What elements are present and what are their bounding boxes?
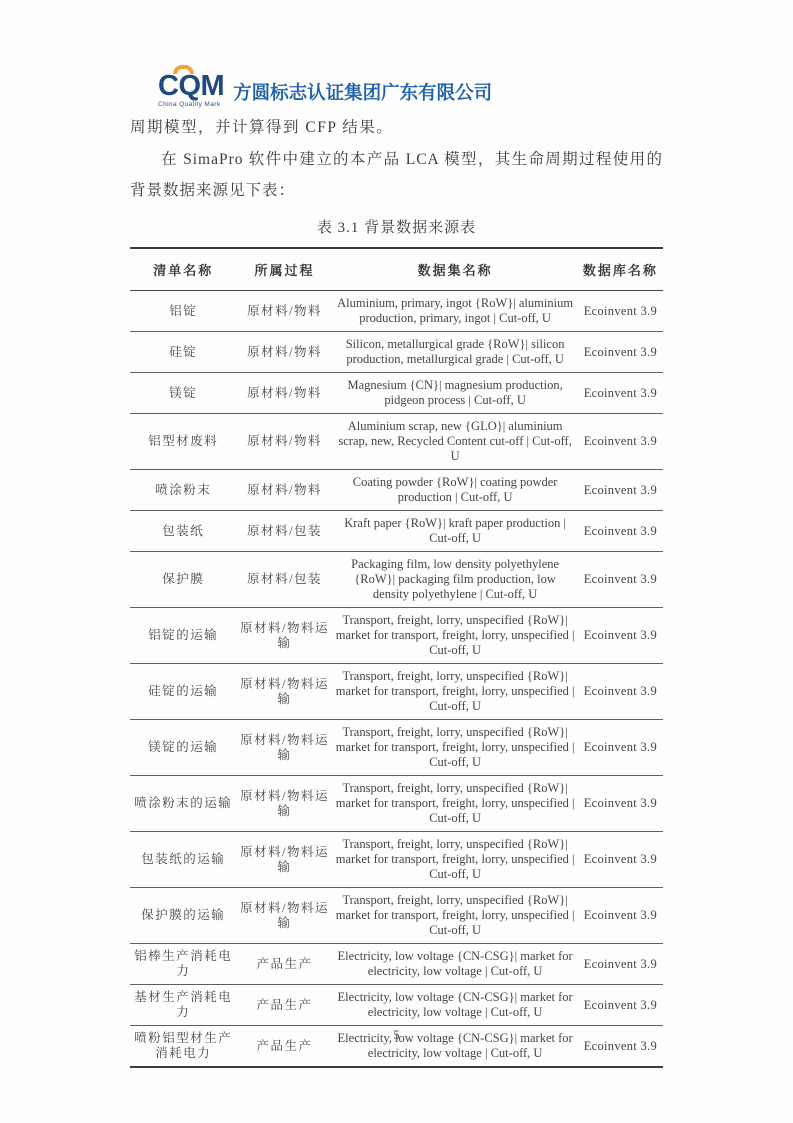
table-cell: 喷涂粉末	[130, 470, 237, 511]
logo-tagline: China Quality Mark	[158, 101, 224, 108]
table-cell: 原材料/物料运输	[237, 664, 333, 720]
table-cell: 硅锭	[130, 332, 237, 373]
table-body: 铝锭原材料/物料Aluminium, primary, ingot {RoW}|…	[130, 291, 663, 1068]
table-cell: Ecoinvent 3.9	[578, 470, 663, 511]
table-cell: Magnesium {CN}| magnesium production, pi…	[333, 373, 578, 414]
table-row: 喷涂粉末的运输原材料/物料运输Transport, freight, lorry…	[130, 776, 663, 832]
logo-arc-icon	[173, 65, 194, 74]
table-cell: Ecoinvent 3.9	[578, 832, 663, 888]
table-cell: Ecoinvent 3.9	[578, 373, 663, 414]
table-cell: Ecoinvent 3.9	[578, 552, 663, 608]
table-row: 铝棒生产消耗电力产品生产Electricity, low voltage {CN…	[130, 944, 663, 985]
table-cell: Ecoinvent 3.9	[578, 944, 663, 985]
table-cell: Packaging film, low density polyethylene…	[333, 552, 578, 608]
table-cell: Ecoinvent 3.9	[578, 720, 663, 776]
table-cell: Transport, freight, lorry, unspecified {…	[333, 832, 578, 888]
table-cell: Transport, freight, lorry, unspecified {…	[333, 888, 578, 944]
table-cell: 铝锭的运输	[130, 608, 237, 664]
table-row: 镁锭的运输原材料/物料运输Transport, freight, lorry, …	[130, 720, 663, 776]
table-caption: 表 3.1 背景数据来源表	[130, 216, 663, 237]
table-cell: 喷涂粉末的运输	[130, 776, 237, 832]
table-cell: Electricity, low voltage {CN-CSG}| marke…	[333, 985, 578, 1026]
table-cell: Aluminium scrap, new {GLO}| aluminium sc…	[333, 414, 578, 470]
table-row: 保护膜的运输原材料/物料运输Transport, freight, lorry,…	[130, 888, 663, 944]
table-cell: Aluminium, primary, ingot {RoW}| alumini…	[333, 291, 578, 332]
column-header: 数据集名称	[333, 248, 578, 291]
table-row: 硅锭原材料/物料Silicon, metallurgical grade {Ro…	[130, 332, 663, 373]
table-cell: 原材料/包装	[237, 511, 333, 552]
table-cell: Ecoinvent 3.9	[578, 608, 663, 664]
table-cell: 原材料/物料	[237, 373, 333, 414]
table-cell: 包装纸	[130, 511, 237, 552]
page-content: 周期模型，并计算得到 CFP 结果。 在 SimaPro 软件中建立的本产品 L…	[130, 112, 663, 1068]
table-cell: Coating powder {RoW}| coating powder pro…	[333, 470, 578, 511]
table-row: 喷涂粉末原材料/物料Coating powder {RoW}| coating …	[130, 470, 663, 511]
table-cell: 基材生产消耗电力	[130, 985, 237, 1026]
table-cell: 原材料/物料	[237, 332, 333, 373]
page-number: 5	[0, 1028, 793, 1043]
table-row: 基材生产消耗电力产品生产Electricity, low voltage {CN…	[130, 985, 663, 1026]
background-data-source-table: 清单名称所属过程数据集名称数据库名称 铝锭原材料/物料Aluminium, pr…	[130, 247, 663, 1068]
table-cell: 原材料/物料	[237, 291, 333, 332]
table-cell: Ecoinvent 3.9	[578, 664, 663, 720]
table-cell: 原材料/物料运输	[237, 608, 333, 664]
table-cell: Transport, freight, lorry, unspecified {…	[333, 608, 578, 664]
table-cell: 原材料/物料	[237, 414, 333, 470]
table-cell: 原材料/物料运输	[237, 776, 333, 832]
table-cell: Silicon, metallurgical grade {RoW}| sili…	[333, 332, 578, 373]
table-cell: 原材料/包装	[237, 552, 333, 608]
table-cell: 原材料/物料	[237, 470, 333, 511]
table-cell: 产品生产	[237, 944, 333, 985]
table-cell: Ecoinvent 3.9	[578, 511, 663, 552]
table-cell: Ecoinvent 3.9	[578, 414, 663, 470]
table-cell: 铝型材废料	[130, 414, 237, 470]
table-cell: Ecoinvent 3.9	[578, 291, 663, 332]
table-row: 包装纸的运输原材料/物料运输Transport, freight, lorry,…	[130, 832, 663, 888]
table-cell: 镁锭的运输	[130, 720, 237, 776]
table-row: 镁锭原材料/物料Magnesium {CN}| magnesium produc…	[130, 373, 663, 414]
table-cell: 原材料/物料运输	[237, 832, 333, 888]
table-cell: Transport, freight, lorry, unspecified {…	[333, 720, 578, 776]
table-cell: 铝锭	[130, 291, 237, 332]
table-cell: 保护膜的运输	[130, 888, 237, 944]
paragraph-continuation: 周期模型，并计算得到 CFP 结果。	[130, 112, 663, 143]
table-cell: Ecoinvent 3.9	[578, 332, 663, 373]
table-cell: 硅锭的运输	[130, 664, 237, 720]
logo-acronym: CQM	[158, 73, 224, 100]
table-row: 硅锭的运输原材料/物料运输Transport, freight, lorry, …	[130, 664, 663, 720]
table-cell: Ecoinvent 3.9	[578, 985, 663, 1026]
table-row: 铝型材废料原材料/物料Aluminium scrap, new {GLO}| a…	[130, 414, 663, 470]
logo-company-name: 方圆标志认证集团广东有限公司	[233, 79, 492, 105]
table-cell: 产品生产	[237, 985, 333, 1026]
table-row: 保护膜原材料/包装Packaging film, low density pol…	[130, 552, 663, 608]
table-cell: Kraft paper {RoW}| kraft paper productio…	[333, 511, 578, 552]
table-row: 包装纸原材料/包装Kraft paper {RoW}| kraft paper …	[130, 511, 663, 552]
cqm-logo-mark: CQM China Quality Mark	[158, 66, 224, 108]
table-cell: Transport, freight, lorry, unspecified {…	[333, 776, 578, 832]
table-cell: Electricity, low voltage {CN-CSG}| marke…	[333, 944, 578, 985]
table-cell: Ecoinvent 3.9	[578, 888, 663, 944]
table-cell: 保护膜	[130, 552, 237, 608]
column-header: 数据库名称	[578, 248, 663, 291]
table-cell: 铝棒生产消耗电力	[130, 944, 237, 985]
table-cell: 原材料/物料运输	[237, 888, 333, 944]
table-cell: 镁锭	[130, 373, 237, 414]
table-cell: Ecoinvent 3.9	[578, 776, 663, 832]
table-cell: 包装纸的运输	[130, 832, 237, 888]
document-page: CQM China Quality Mark 方圆标志认证集团广东有限公司 周期…	[0, 0, 793, 1123]
table-cell: 原材料/物料运输	[237, 720, 333, 776]
table-row: 铝锭的运输原材料/物料运输Transport, freight, lorry, …	[130, 608, 663, 664]
column-header: 所属过程	[237, 248, 333, 291]
table-row: 铝锭原材料/物料Aluminium, primary, ingot {RoW}|…	[130, 291, 663, 332]
table-header-row: 清单名称所属过程数据集名称数据库名称	[130, 248, 663, 291]
company-logo: CQM China Quality Mark 方圆标志认证集团广东有限公司	[158, 66, 492, 108]
column-header: 清单名称	[130, 248, 237, 291]
paragraph-intro: 在 SimaPro 软件中建立的本产品 LCA 模型，其生命周期过程使用的背景数…	[130, 144, 663, 206]
table-cell: Transport, freight, lorry, unspecified {…	[333, 664, 578, 720]
